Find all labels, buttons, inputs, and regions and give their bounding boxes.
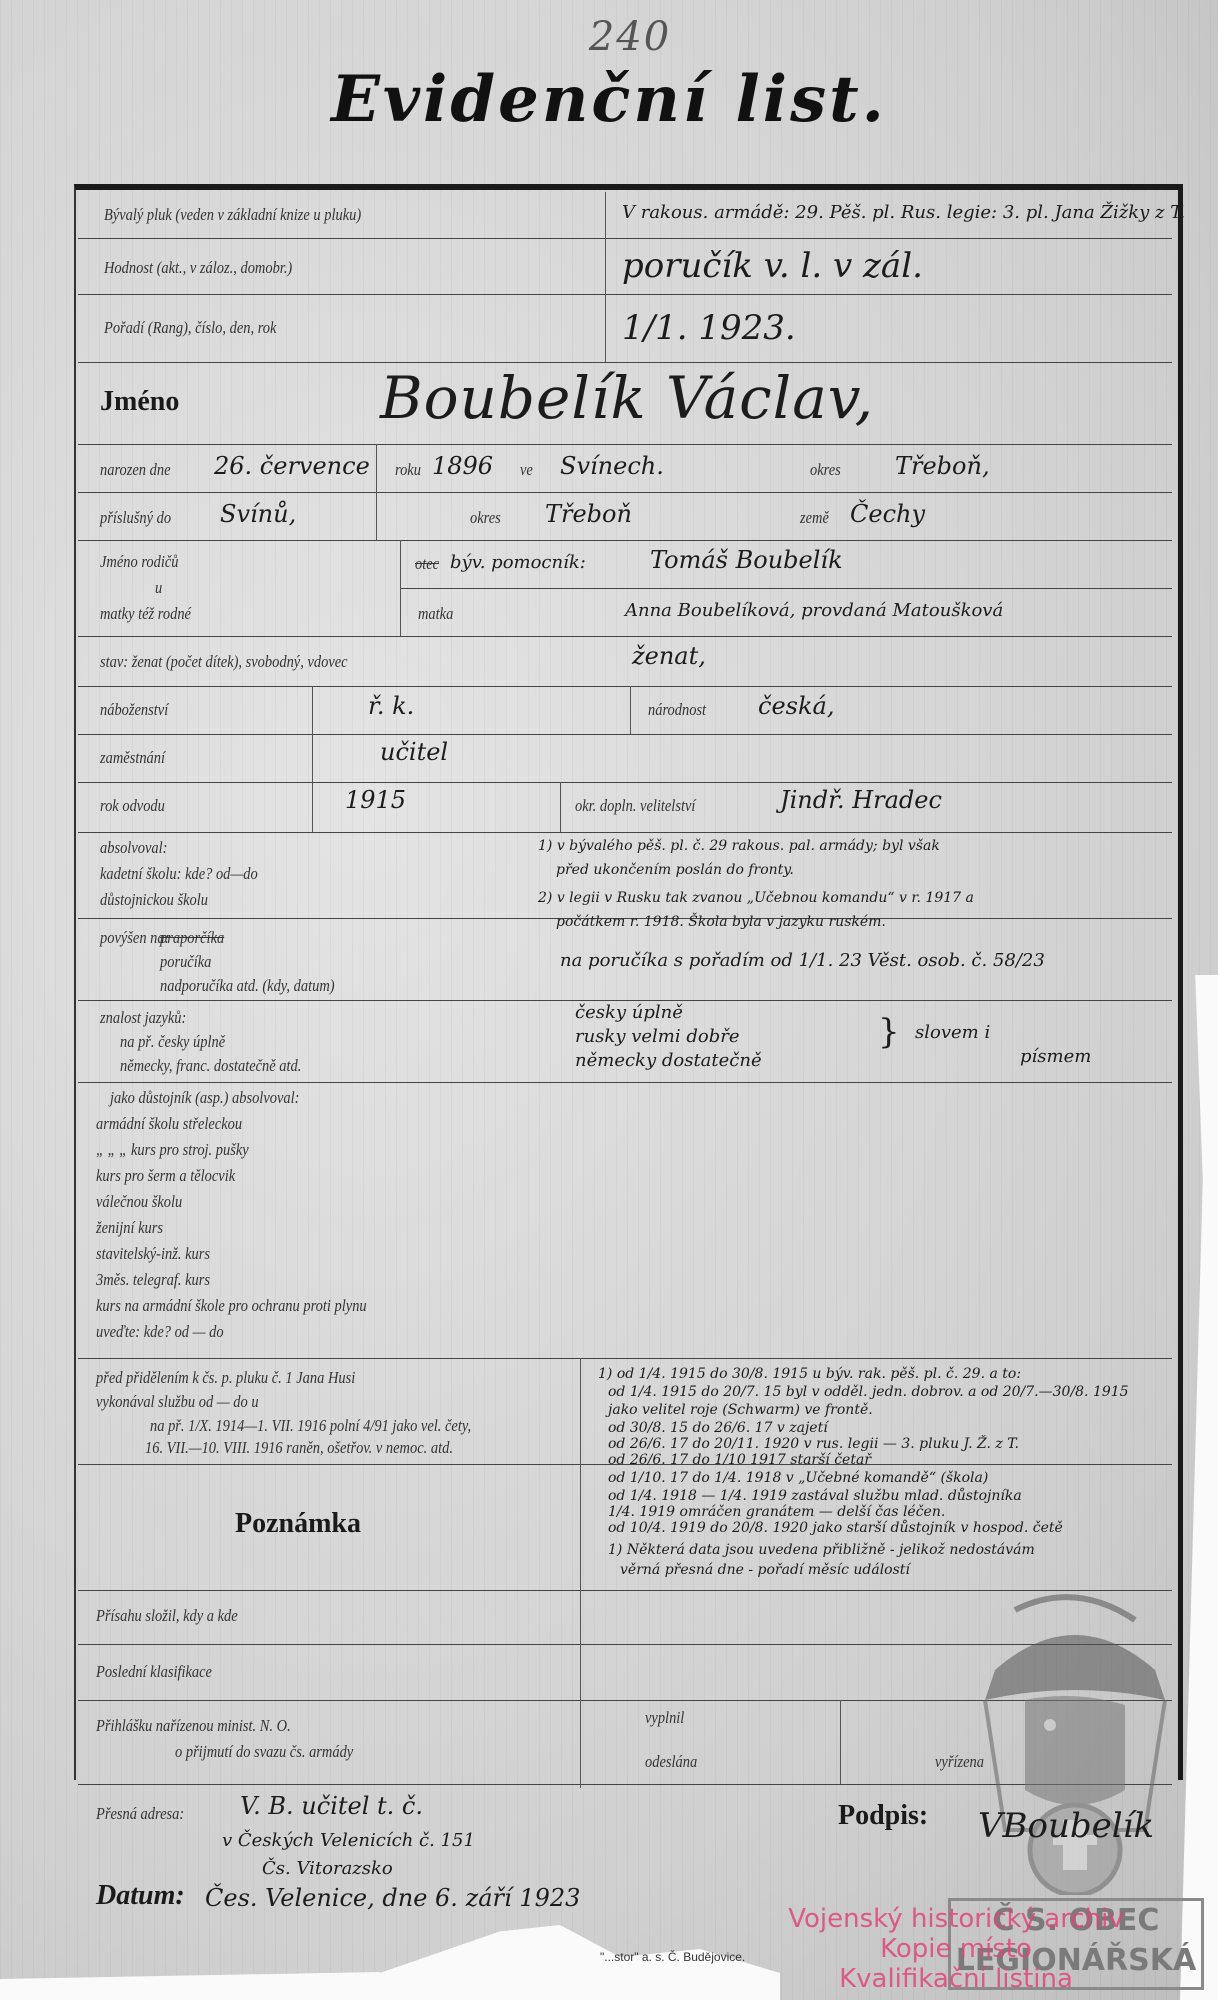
former-regiment-label: Bývalý pluk (veden v základní knize u pl… — [104, 205, 361, 225]
languages-brace-value-2: písmem — [1020, 1046, 1091, 1067]
domicile-label: příslušný do — [100, 508, 171, 528]
birth-date-label: narozen dne — [100, 460, 171, 480]
occupation-value: učitel — [380, 738, 448, 766]
oath-label: Přísahu složil, kdy a kde — [96, 1606, 238, 1626]
courses-label-6: stavitelský-inž. kurs — [96, 1244, 210, 1264]
note-value-3: 1/4. 1919 omráčen granátem — delší čas l… — [608, 1504, 945, 1520]
date-value: Čes. Velenice, dne 6. září 1923 — [205, 1884, 580, 1912]
languages-label-2: na př. česky úplně — [120, 1032, 225, 1052]
address-line-3: Čs. Vitorazsko — [262, 1858, 393, 1879]
domicile-district-value: Třeboň — [545, 500, 632, 528]
religion-label: náboženství — [100, 700, 168, 720]
archive-stamp-line-1: Vojenský historický archiv — [786, 1904, 1126, 1934]
conscription-label: rok odvodu — [100, 796, 165, 816]
promotion-label-struck: praporčíka — [160, 928, 224, 948]
mother-value: Anna Boubelíková, provdaná Matoušková — [625, 600, 1003, 621]
archive-stamp-line-2: Kopie místo — [786, 1934, 1126, 1964]
conscription-value: 1915 — [345, 786, 406, 814]
application-sent-label: odeslána — [645, 1752, 697, 1772]
order-label: Pořadí (Rang), číslo, den, rok — [104, 318, 276, 338]
languages-label-3: německy, franc. dostatečně atd. — [120, 1056, 301, 1076]
column-divider — [400, 540, 401, 636]
column-divider — [376, 444, 377, 540]
marital-value: ženat, — [632, 642, 706, 670]
birth-district-label: okres — [810, 460, 841, 480]
column-divider — [840, 1700, 841, 1784]
father-label-struck: otec — [415, 554, 439, 574]
service-label-2: vykonával službu od — do u — [96, 1392, 259, 1412]
row-divider — [78, 1082, 1172, 1359]
column-divider — [580, 1358, 581, 1788]
row-divider — [78, 686, 1172, 735]
languages-value-3: německy dostatečně — [575, 1050, 762, 1071]
archive-stamp-line-3: Kvalifikační listina — [786, 1964, 1126, 1994]
courses-label-0: jako důstojník (asp.) absolvoval: — [110, 1088, 299, 1108]
parents-label-line2: u — [155, 578, 162, 598]
promotion-label-2: poručíka — [160, 952, 211, 972]
application-label-1: Přihlášku nařízenou minist. N. O. — [96, 1716, 291, 1736]
courses-label-7: 3měs. telegraf. kurs — [96, 1270, 210, 1290]
application-filled-label: vyplnil — [645, 1708, 684, 1728]
courses-label-5: ženijní kurs — [96, 1218, 163, 1238]
note-label: Poznámka — [235, 1508, 361, 1540]
languages-label-1: znalost jazyků: — [100, 1008, 186, 1028]
birth-place-value: Svínech. — [560, 452, 664, 480]
rank-label: Hodnost (akt., v záloz., domobr.) — [104, 258, 292, 278]
document-page: 240 Evidenční list. Bývalý pluk (veden v… — [0, 0, 1218, 2000]
courses-label-3: kurs pro šerm a tělocvik — [96, 1166, 235, 1186]
document-title: Evidenční list. — [0, 62, 1218, 137]
languages-value-1: česky úplně — [575, 1002, 683, 1023]
schools-label-3: důstojnickou školu — [100, 890, 208, 910]
column-divider — [605, 192, 606, 362]
application-label-2: o přijmutí do svazu čs. armády — [175, 1742, 353, 1762]
column-divider — [312, 782, 313, 832]
column-divider — [560, 782, 561, 832]
note-value-6: věrná přesná dne - pořadí měsíc událostí — [620, 1562, 910, 1578]
mother-label: matka — [418, 604, 453, 624]
parents-label-line1: Jméno rodičů — [100, 552, 179, 572]
nationality-value: česká, — [758, 692, 834, 720]
promotion-value: na poručíka s pořadím od 1/1. 23 Věst. o… — [560, 950, 1045, 971]
command-label: okr. dopln. velitelství — [575, 796, 695, 816]
torn-edge-bottom-left — [0, 1965, 380, 2000]
service-value-1: 1) od 1/4. 1915 do 30/8. 1915 u býv. rak… — [598, 1366, 1021, 1382]
courses-label-8: kurs na armádní škole pro ochranu proti … — [96, 1296, 367, 1316]
occupation-label: zaměstnání — [100, 748, 165, 768]
printer-imprint: "...stor" a. s. Č. Budějovice. — [600, 1950, 745, 1964]
service-label-4: 16. VII.—10. VIII. 1916 raněn, ošetřov. … — [145, 1438, 453, 1458]
courses-label-2: „ „ „ kurs pro stroj. pušky — [96, 1140, 249, 1160]
date-label: Datum: — [96, 1880, 185, 1912]
domicile-country-label: země — [800, 508, 829, 528]
languages-brace: } — [878, 1012, 900, 1052]
parents-label-line3: matky též rodné — [100, 604, 191, 624]
schools-value-1: 1) v bývalého pěš. pl. č. 29 rakous. pal… — [538, 838, 940, 854]
schools-value-4: počátkem r. 1918. Škola byla v jazyku ru… — [556, 914, 886, 930]
row-divider — [78, 734, 1172, 783]
service-value-4: od 30/8. 15 do 26/6. 17 v zajetí — [608, 1420, 828, 1436]
signature-label: Podpis: — [838, 1800, 928, 1832]
signature-value: VBoubelík — [978, 1806, 1154, 1846]
sheet-number: 240 — [555, 14, 705, 60]
nationality-label: národnost — [648, 700, 706, 720]
address-line-2: v Českých Velenicích č. 151 — [222, 1830, 475, 1851]
marital-label: stav: ženat (počet dítek), svobodný, vdo… — [100, 652, 348, 672]
service-label-1: před přidělením k čs. p. pluku č. 1 Jana… — [96, 1368, 355, 1388]
domicile-district-label: okres — [470, 508, 501, 528]
father-label: býv. pomocník: — [450, 552, 586, 573]
note-value-2: od 1/4. 1918 — 1/4. 1919 zastával službu… — [608, 1488, 1022, 1504]
promotion-label: povýšen na: — [100, 928, 169, 948]
promotion-label-3: nadporučíka atd. (kdy, datum) — [160, 976, 335, 996]
note-value-4: od 10/4. 1919 do 20/8. 1920 jako starší … — [608, 1520, 1063, 1536]
domicile-country-value: Čechy — [850, 500, 925, 528]
birth-year-label: roku — [395, 460, 421, 480]
schools-label-1: absolvoval: — [100, 838, 167, 858]
former-regiment-value: V rakous. armádě: 29. Pěš. pl. Rus. legi… — [622, 202, 1185, 223]
name-value: Boubelík Václav, — [380, 364, 874, 432]
birth-year-value: 1896 — [432, 452, 493, 480]
courses-label-9: uveďte: kde? od — do — [96, 1322, 224, 1342]
religion-value: ř. k. — [368, 692, 414, 720]
languages-value-2: rusky velmi dobře — [575, 1026, 740, 1047]
command-value: Jindř. Hradec — [780, 786, 942, 814]
schools-value-2: před ukončením poslán do fronty. — [556, 862, 794, 878]
father-value: Tomáš Boubelík — [650, 546, 843, 574]
legionnaire-emblem-icon — [955, 1590, 1195, 1895]
address-label: Přesná adresa: — [96, 1804, 184, 1824]
service-value-5: od 26/6. 17 do 20/11. 1920 v rus. legii … — [608, 1436, 1019, 1452]
courses-label-1: armádní školu střeleckou — [96, 1114, 242, 1134]
address-line-1: V. B. učitel t. č. — [240, 1792, 423, 1820]
order-value: 1/1. 1923. — [622, 308, 796, 348]
schools-value-3: 2) v legii v Rusku tak zvanou „Učebnou k… — [538, 890, 974, 906]
languages-brace-value-1: slovem i — [915, 1022, 990, 1043]
classification-label: Poslední klasifikace — [96, 1662, 212, 1682]
note-value-1: od 1/10. 17 do 1/4. 1918 v „Učebné koman… — [608, 1470, 988, 1486]
note-value-5: 1) Některá data jsou uvedena přibližně -… — [608, 1542, 1035, 1558]
service-value-2: od 1/4. 1915 do 20/7. 15 byl v odděl. je… — [608, 1384, 1129, 1400]
schools-label-2: kadetní školu: kde? od—do — [100, 864, 258, 884]
name-label: Jméno — [100, 386, 179, 418]
service-label-3: na př. 1/X. 1914—1. VII. 1916 polní 4/91… — [150, 1416, 471, 1436]
column-divider — [630, 686, 631, 734]
rank-value: poručík v. l. v zál. — [622, 246, 923, 286]
column-divider — [312, 686, 313, 782]
service-value-6: od 26/6. 17 do 1/10 1917 starší četař — [608, 1452, 871, 1468]
courses-label-4: válečnou školu — [96, 1192, 182, 1212]
service-value-3: jako velitel roje (Schwarm) ve frontě. — [608, 1402, 873, 1418]
domicile-value: Svínů, — [220, 500, 296, 528]
birth-place-label: ve — [520, 460, 533, 480]
birth-date-value: 26. července — [214, 452, 370, 480]
birth-district-value: Třeboň, — [895, 452, 990, 480]
